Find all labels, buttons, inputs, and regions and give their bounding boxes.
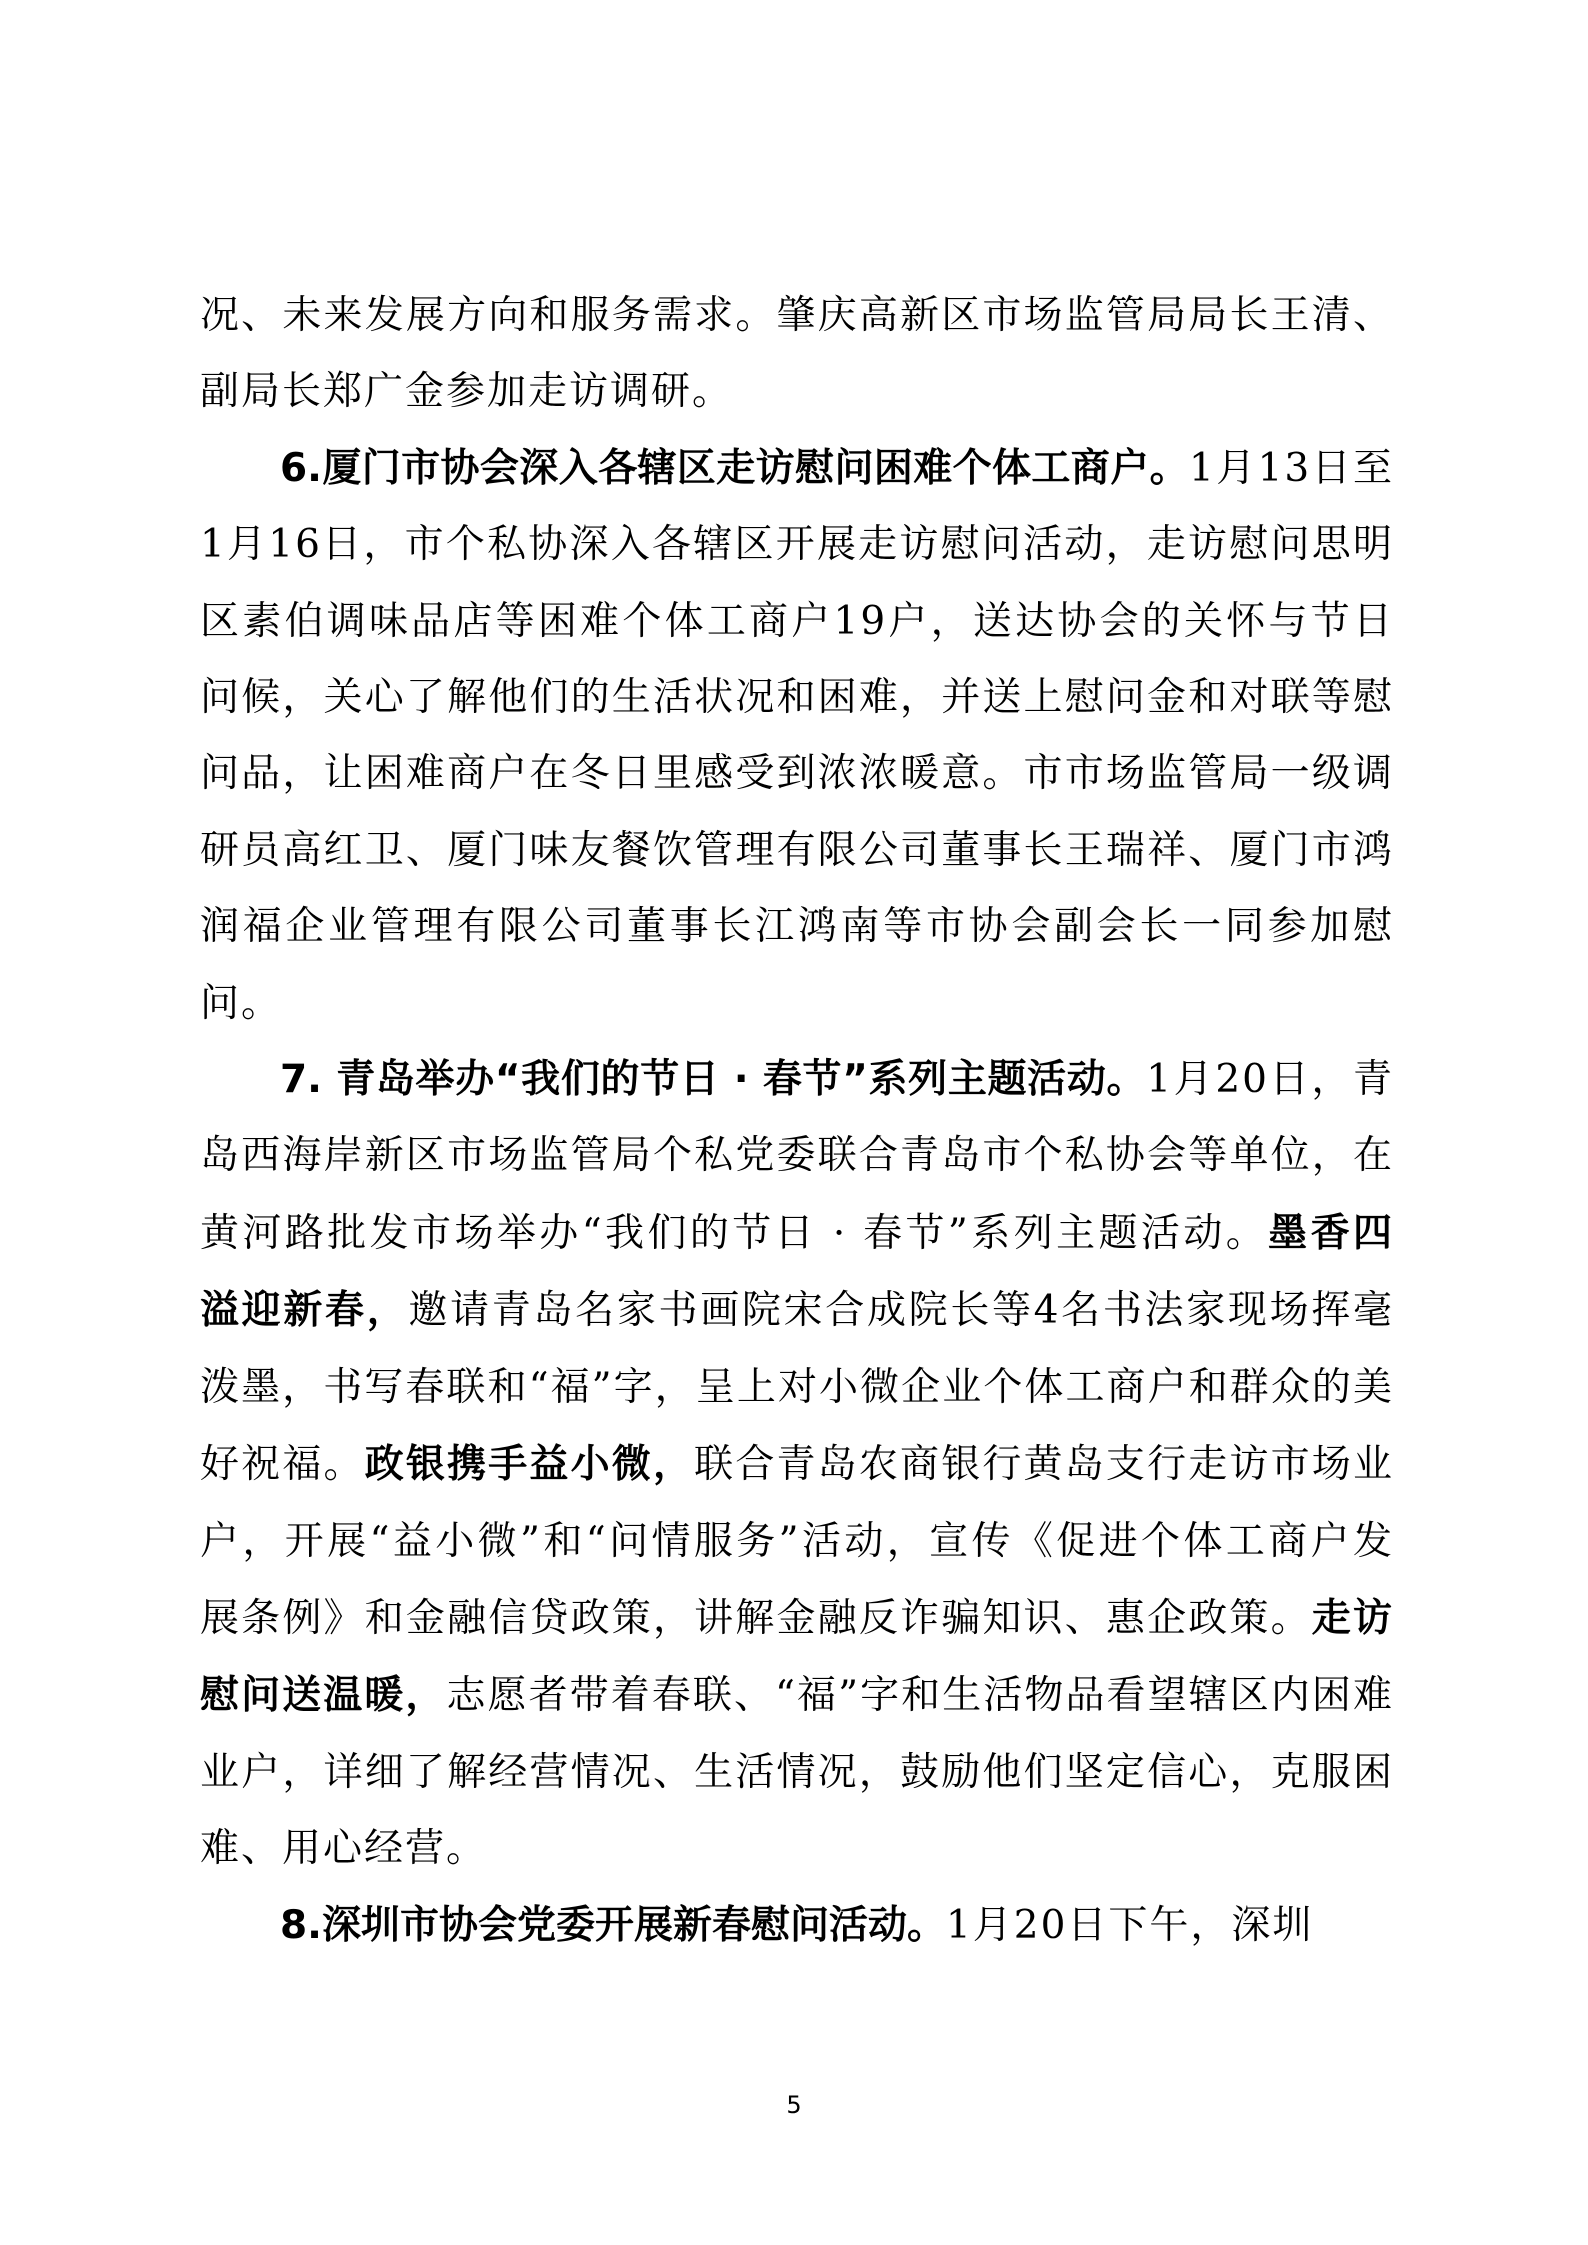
body-text: 况、未来发展方向和服务需求。肇庆高新区市场监管局局长王清、副局长郑广金参加走访调… — [200, 278, 1394, 1964]
paragraph-continued: 况、未来发展方向和服务需求。肇庆高新区市场监管局局长王清、副局长郑广金参加走访调… — [200, 278, 1394, 431]
paragraph-item-8-shenzhen: 8.深圳市协会党委开展新春慰问活动。1月20日下午，深圳 — [200, 1888, 1394, 1964]
body-text-segment: 1月13日至1月16日，市个私协深入各辖区开展走访慰问活动，走访慰问思明区素伯调… — [200, 446, 1394, 1026]
paragraph-item-7-qingdao: 7. 青岛举办“我们的节日 · 春节”系列主题活动。1月20日，青岛西海岸新区市… — [200, 1042, 1394, 1887]
item-heading: 6.厦门市协会深入各辖区走访慰问困难个体工商户。 — [280, 446, 1189, 491]
body-text-segment: 况、未来发展方向和服务需求。肇庆高新区市场监管局局长王清、副局长郑广金参加走访调… — [200, 293, 1394, 414]
paragraph-item-6-xiamen: 6.厦门市协会深入各辖区走访慰问困难个体工商户。1月13日至1月16日，市个私协… — [200, 431, 1394, 1042]
item-heading: 7. 青岛举办“我们的节日 · 春节”系列主题活动。 — [280, 1057, 1146, 1102]
item-heading: 8.深圳市协会党委开展新春慰问活动。 — [280, 1903, 946, 1948]
page-number: 5 — [0, 2090, 1588, 2120]
body-text-segment: 1月20日下午，深圳 — [946, 1903, 1313, 1948]
sub-heading: 政银携手益小微， — [365, 1441, 694, 1487]
document-page: 况、未来发展方向和服务需求。肇庆高新区市场监管局局长王清、副局长郑广金参加走访调… — [0, 0, 1588, 2245]
